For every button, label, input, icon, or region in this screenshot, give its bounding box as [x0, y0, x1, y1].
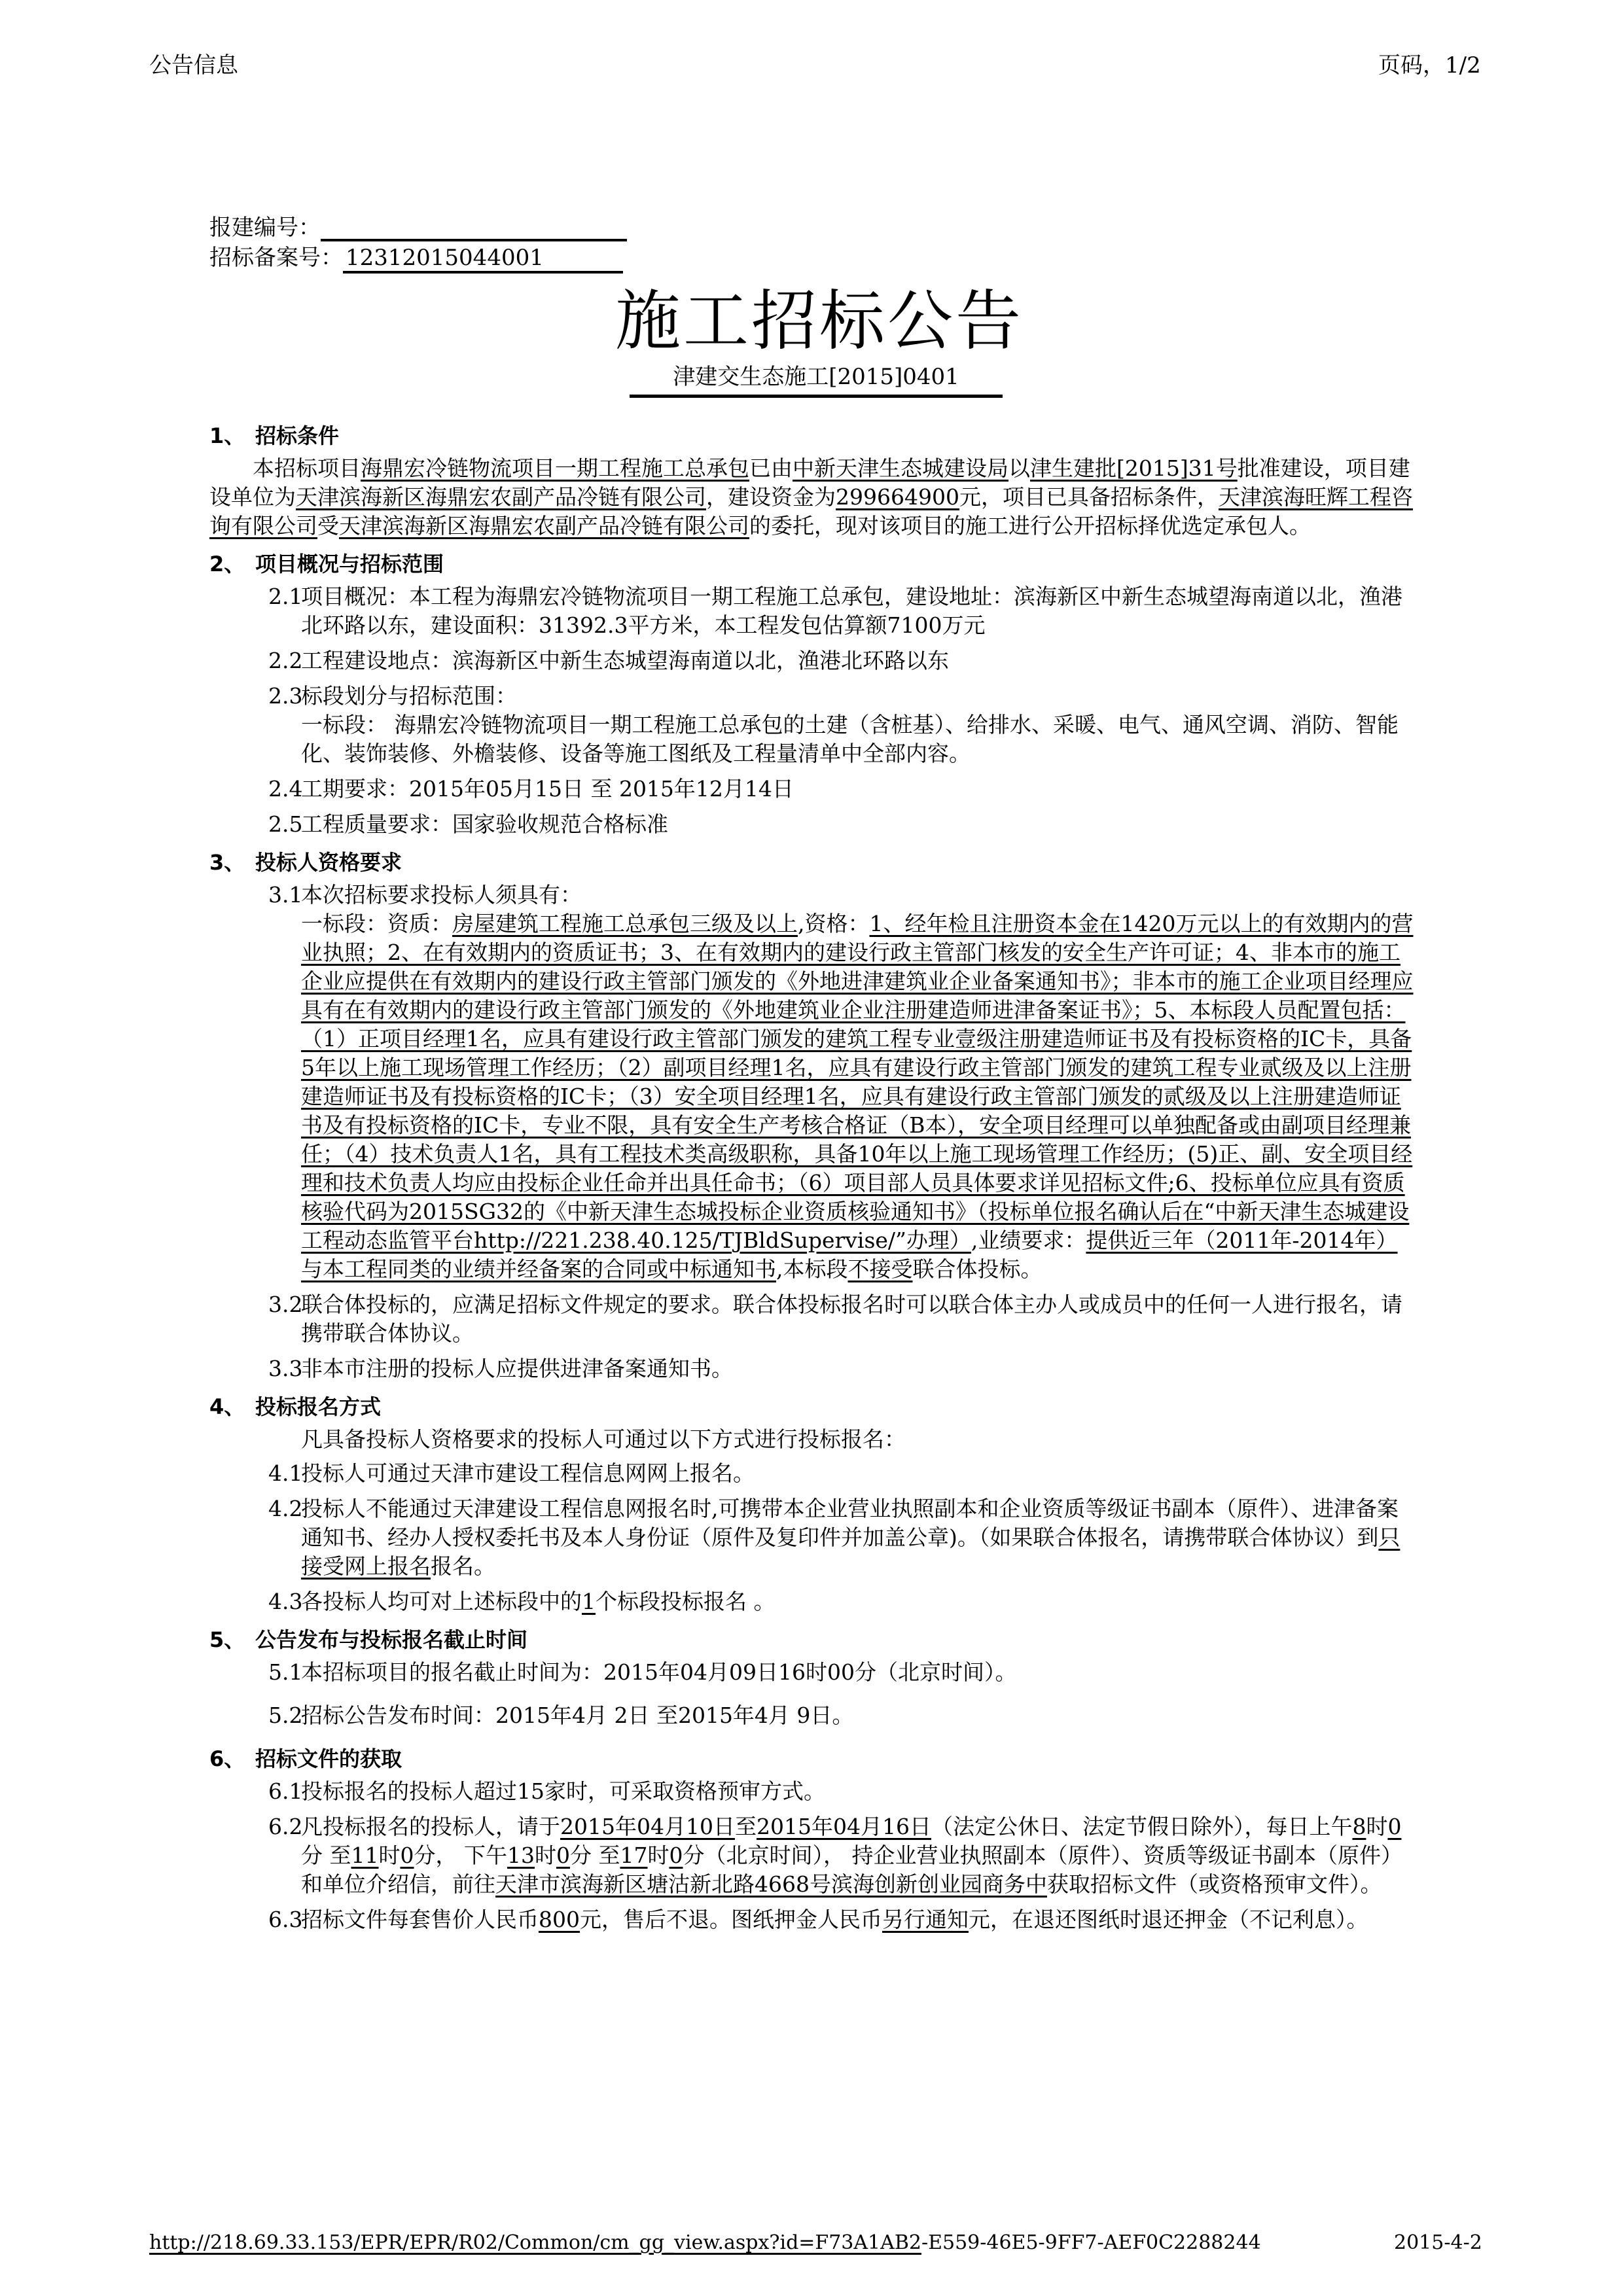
item-6-2: 6.2凡投标报名的投标人，请于2015年04月10日至2015年04月16日（法…: [209, 1812, 1414, 1899]
section-heading-6: 6、招标文件的获取: [209, 1744, 1414, 1773]
lot-scope: 一标段： 海鼎宏冷链物流项目一期工程施工总承包的土建（含桩基）、给排水、采暖、电…: [301, 712, 1399, 766]
page-number: 页码，1/2: [1378, 47, 1481, 79]
item-2-1: 2.1项目概况：本工程为海鼎宏冷链物流项目一期工程施工总承包，建设地址：滨海新区…: [209, 582, 1414, 640]
notice-body: 1、招标条件 本招标项目海鼎宏冷链物流项目一期工程施工总承包已由中新天津生态城建…: [209, 412, 1414, 1941]
item-6-3: 6.3招标文件每套售价人民币800元，售后不退。图纸押金人民币另行通知元，在退还…: [209, 1905, 1414, 1934]
page-header-title: 公告信息: [149, 47, 238, 79]
pickup-address: 天津市滨海新区塘沽新北路4668号滨海创新创业园商务中: [495, 1871, 1047, 1897]
item-3-2: 3.2联合体投标的，应满足招标文件规定的要求。联合体投标报名时可以联合体主办人或…: [209, 1290, 1414, 1348]
item-2-2: 2.2工程建设地点：滨海新区中新生态城望海南道以北，渔港北环路以东: [209, 646, 1414, 675]
record-no-value: 12312015044001: [343, 245, 623, 274]
section-heading-5: 5、公告发布与投标报名截止时间: [209, 1625, 1414, 1654]
report-no: 报建编号：: [209, 209, 627, 241]
item-2-3: 2.3标段划分与招标范围：一标段： 海鼎宏冷链物流项目一期工程施工总承包的土建（…: [209, 682, 1414, 768]
record-no: 招标备案号：12312015044001: [209, 239, 623, 274]
item-3-1: 3.1本次招标要求投标人须具有： 一标段：资质：房屋建筑工程施工总承包三级及以上…: [209, 881, 1414, 1284]
item-4-2: 4.2投标人不能通过天津建设工程信息网报名时,可携带本企业营业执照副本和企业资质…: [209, 1494, 1414, 1581]
report-no-label: 报建编号：: [209, 215, 321, 241]
qualification-requirements: 1、经年检且注册资本金在1420万元以上的有效期内的营业执照；2、在有效期内的资…: [301, 911, 1414, 1253]
item-2-4: 2.4工期要求：2015年05月15日 至 2015年12月14日: [209, 775, 1414, 804]
page-title: 施工招标公告: [615, 268, 1024, 362]
item-5-1: 5.1本招标项目的报名截止时间为：2015年04月09日16时00分（北京时间）…: [209, 1658, 1414, 1687]
section-heading-2: 2、项目概况与招标范围: [209, 550, 1414, 578]
source-url-link[interactable]: http://218.69.33.153/EPR/EPR/R02/Common/…: [149, 2231, 921, 2254]
report-no-value: [321, 217, 627, 241]
item-4-3: 4.3各投标人均可对上述标段中的1个标段投标报名 。: [209, 1587, 1414, 1616]
section-heading-1: 1、招标条件: [209, 421, 1414, 450]
item-4-1: 4.1投标人可通过天津市建设工程信息网网上报名。: [209, 1459, 1414, 1488]
record-no-label: 招标备案号：: [209, 245, 343, 271]
section-heading-3: 3、投标人资格要求: [209, 848, 1414, 877]
print-date: 2015-4-2: [1394, 2231, 1482, 2254]
section-1-paragraph: 本招标项目海鼎宏冷链物流项目一期工程施工总承包已由中新天津生态城建设局以津生建批…: [209, 454, 1414, 540]
section-heading-4: 4、投标报名方式: [209, 1392, 1414, 1421]
item-5-2: 5.2招标公告发布时间：2015年4月 2日 至2015年4月 9日。: [209, 1701, 1414, 1730]
item-2-5: 2.5工程质量要求：国家验收规范合格标准: [209, 810, 1414, 839]
section-4-intro: 凡具备投标人资格要求的投标人可通过以下方式进行投标报名：: [209, 1425, 1414, 1454]
document-number: 津建交生态施工[2015]0401: [630, 359, 1003, 398]
item-6-1: 6.1投标报名的投标人超过15家时，可采取资格预审方式。: [209, 1777, 1414, 1806]
source-url[interactable]: http://218.69.33.153/EPR/EPR/R02/Common/…: [149, 2231, 1261, 2254]
item-3-3: 3.3非本市注册的投标人应提供进津备案通知书。: [209, 1354, 1414, 1383]
